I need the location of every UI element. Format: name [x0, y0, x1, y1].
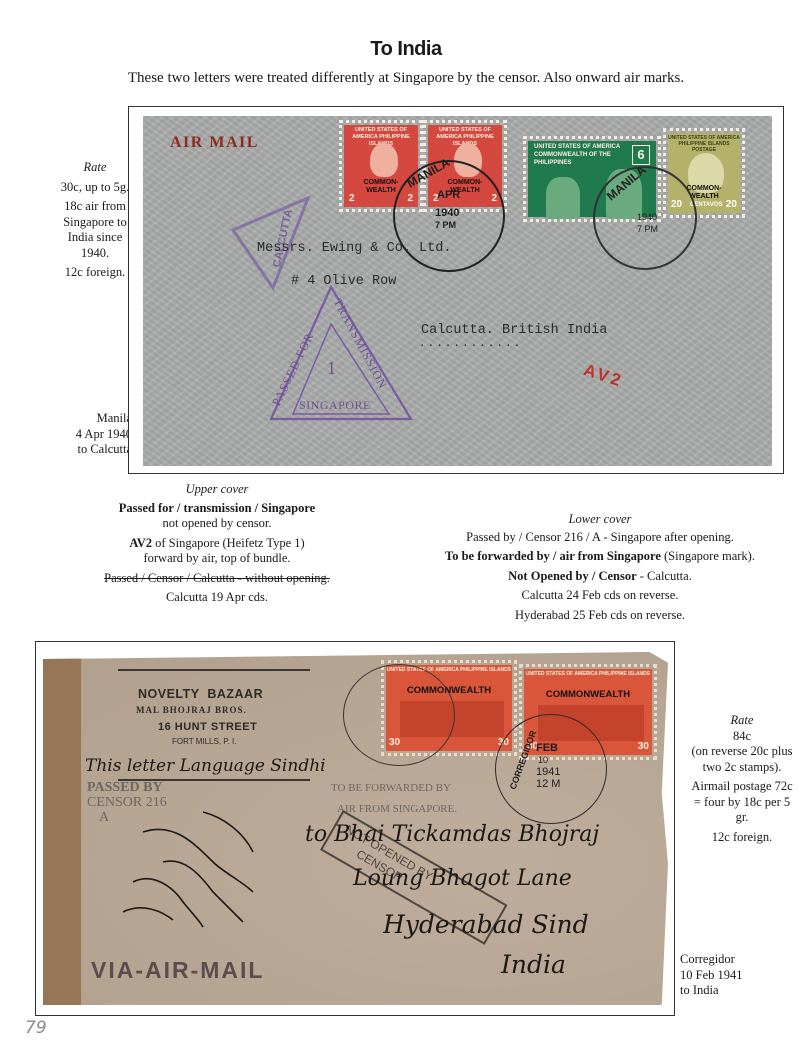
- rate-line: 12c foreign.: [55, 265, 135, 281]
- stamp-inscription: UNITED STATES OF AMERICA COMMONWEALTH OF…: [534, 143, 626, 167]
- stamp-value: 2: [349, 193, 355, 204]
- sender-subname: MAL BHOJRAJ BROS.: [136, 705, 247, 715]
- caption-bold: To be forwarded by / air from Singapore: [445, 549, 661, 563]
- via-air-mail-mark: VIA-AIR-MAIL: [91, 957, 264, 984]
- forward-line: TO BE FORWARDED BY: [331, 778, 457, 799]
- rate-heading: Rate: [683, 713, 801, 729]
- handwritten-address-4: India: [501, 950, 566, 979]
- page-subtitle: These two letters were treated different…: [0, 70, 812, 87]
- upper-cover-caption: Upper cover Passed for / transmission / …: [92, 482, 342, 610]
- caption-line: Passed by / Censor 216 / A - Singapore a…: [420, 530, 780, 546]
- sender-city: FORT MILLS, P. I.: [172, 737, 236, 746]
- rate-line: (on reverse 20c plus two 2c stamps).: [683, 744, 801, 775]
- cancel-year: 1940: [435, 208, 459, 218]
- caption-line: Passed for / transmission / Singapore: [119, 501, 315, 515]
- caption-line: - Calcutta.: [637, 569, 692, 583]
- rate-heading: Rate: [55, 160, 135, 176]
- route-destination: to Calcutta: [40, 442, 132, 458]
- lower-route-note: Corregidor 10 Feb 1941 to India: [680, 952, 790, 999]
- cancel-time: 12 M: [536, 779, 560, 789]
- rate-line: 84c: [683, 729, 801, 745]
- stamp-value-box: 6: [632, 145, 650, 165]
- caption-heading: Lower cover: [420, 512, 780, 528]
- stamp-inscription: UNITED STATES OF AMERICA PHILIPPINE ISLA…: [668, 135, 740, 153]
- caption-bold: Not Opened by / Censor: [508, 569, 636, 583]
- caption-av2: AV2: [129, 536, 152, 550]
- handwritten-address-1: to Bhai Tickamdas Bhojraj: [305, 822, 599, 847]
- av2-mark: AV2: [581, 360, 626, 392]
- cancel-day: 10: [538, 755, 548, 765]
- stamp-portrait: [370, 143, 398, 177]
- caption-line: (Singapore mark).: [661, 549, 755, 563]
- upper-envelope: AIR MAIL UNITED STATES OF AMERICA PHILIP…: [143, 116, 772, 466]
- sender-street: 16 HUNT STREET: [158, 721, 257, 733]
- caption-line: forward by air, top of bundle.: [92, 551, 342, 567]
- caption-heading: Upper cover: [92, 482, 342, 498]
- stamp-value: 20: [726, 199, 737, 210]
- route-date: 10 Feb 1941: [680, 968, 790, 984]
- address-line-3: Calcutta. British India: [421, 323, 607, 338]
- rate-line: 12c foreign.: [683, 830, 801, 846]
- caption-line: Calcutta 19 Apr cds.: [92, 590, 342, 606]
- stamp-value: 30: [638, 741, 649, 752]
- route-destination: to India: [680, 983, 790, 999]
- sindhi-script: [103, 802, 303, 952]
- caption-struck-line: Passed / Censor / Calcutta - without ope…: [92, 571, 342, 587]
- cancel-month: APR: [437, 190, 460, 200]
- caption-line: of Singapore (Heifetz Type 1): [152, 536, 305, 550]
- airmail-label: AIR MAIL: [170, 134, 259, 152]
- cancel-time: 7 PM: [435, 220, 456, 230]
- stamp-inscription: UNITED STATES OF AMERICA PHILIPPINE ISLA…: [524, 671, 652, 678]
- passed-for-transmission-stamp: PASSED FOR TRANSMISSION 1 SINGAPORE: [251, 284, 415, 424]
- lower-rate-note: Rate 84c (on reverse 20c plus two 2c sta…: [683, 713, 801, 849]
- route-origin: Corregidor: [680, 952, 790, 968]
- cancel-year: 1940: [637, 212, 657, 222]
- rate-line: 30c, up to 5g.: [55, 180, 135, 196]
- page-title: To India: [0, 38, 812, 61]
- rate-line: Airmail postage 72c = four by 18c per 5 …: [683, 779, 801, 826]
- page-number: 79: [25, 1018, 47, 1038]
- handwritten-address-2: Loung Bhagot Lane: [353, 866, 572, 891]
- corregidor-cancel-partial: [343, 664, 455, 766]
- caption-line: not opened by censor.: [92, 516, 342, 532]
- censor-line: PASSED BY: [87, 780, 167, 795]
- cancel-time: 7 PM: [637, 224, 658, 234]
- corregidor-cancel: CORREGIDOR FEB 10 1941 12 M: [495, 714, 607, 824]
- cancel-month: FEB: [536, 743, 558, 753]
- upper-rate-note: Rate 30c, up to 5g. 18c air from Singapo…: [55, 160, 135, 285]
- lower-cover-caption: Lower cover Passed by / Censor 216 / A -…: [420, 512, 780, 627]
- cancel-year: 1941: [536, 767, 560, 777]
- address-line-1: Messrs. Ewing & Co. Ltd.: [257, 241, 451, 256]
- route-date: 4 Apr 1940: [40, 427, 132, 443]
- triangle-number: 1: [327, 358, 336, 379]
- rate-line: 18c air from Singapore to India since 19…: [55, 199, 135, 261]
- upper-route-note: Manila 4 Apr 1940 to Calcutta: [40, 411, 132, 458]
- caption-line: Calcutta 24 Feb cds on reverse.: [420, 588, 780, 604]
- stamp-figure: [546, 177, 580, 219]
- stamp-overprint: COMMONWEALTH: [524, 691, 652, 699]
- route-origin: Manila: [40, 411, 132, 427]
- sender-name: NOVELTY BAZAAR: [138, 687, 263, 701]
- handwritten-note: This letter Language Sindhi: [85, 756, 326, 776]
- censor-tape: [43, 652, 81, 1005]
- cancel-town: CORREGIDOR: [508, 729, 539, 791]
- handwritten-address-3: Hyderabad Sind: [383, 910, 589, 939]
- triangle-base-text: SINGAPORE: [299, 398, 371, 413]
- manila-cancel-2: MANILA 1940 7 PM: [593, 166, 697, 270]
- caption-line: Hyderabad 25 Feb cds on reverse.: [420, 608, 780, 624]
- address-line-4: ............: [419, 338, 522, 350]
- lower-envelope: NOVELTY BAZAAR MAL BHOJRAJ BROS. 16 HUNT…: [43, 652, 668, 1005]
